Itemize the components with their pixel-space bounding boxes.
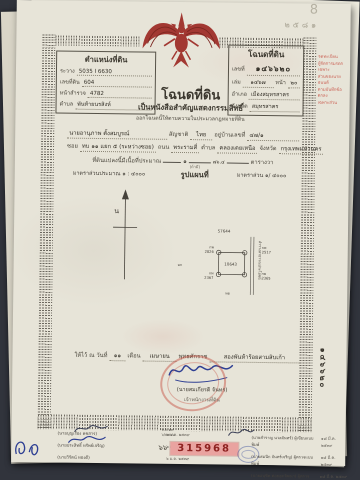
subdistrict-label: ตำบล [201,142,215,152]
district-value: เมืองสมุทรสาคร [249,91,300,101]
map-section-title: รูปแผนที่ [165,169,225,182]
nationality-label: สัญชาติ [169,129,189,139]
nationality-value: ไทย [190,129,212,140]
form-reference-note: ท.ด.๑๓ ๖/๒๕๑๖ [161,428,174,438]
marker-br-line2: 2365 [261,276,270,280]
marker-tl-line2: 2826 [205,250,215,254]
serial-number-stamp: 315968 [170,442,238,456]
road-label: ถนน [158,142,170,152]
field-value: 5035 I 6630 [77,69,152,77]
vertical-deed-number: ๑๔๖๖๒๐ [316,348,329,390]
photo-background: 8 ๒๕๘๑ ตำแหน่งที่ดิน ระวาง 5035 [0,0,360,480]
serial-prefix: ๖๖ [158,443,167,454]
marker-tr-line1: กพ [262,246,267,250]
province2-label: จังหวัด [259,143,276,153]
pencil-corner-note: ๒๕๘๑ [284,18,319,31]
form-note-line: ๖/๒๕๑๖ [161,433,174,438]
clerk-name: (นายประสิทธิ์ ทรัพย์เจริญ) [57,442,104,450]
land-position-title: ตำแหน่งที่ดิน [60,54,152,67]
signer-name: (นายสมเกียรติ จันทร) [152,386,252,395]
officer-date: ๑๘ มี.ค. ๒๕๓๙ [321,454,348,468]
marker-tl-line1: กพ [209,245,214,249]
sketch-left-note: มก [178,263,183,267]
sketch-top-number: 57644 [218,228,231,233]
land-title-deed-document: 8 ๒๕๘๑ ตำแหน่งที่ดิน ระวาง 5035 [11,0,351,466]
area-prefix: ที่ดินแปลงนี้มีเนื้อที่ประมาณ [92,155,161,166]
document-legal-note: ออกโฉนดนี้ให้ตามความในประมวลกฎหมายที่ดิน [105,114,275,124]
page-label: หน้า [275,79,286,87]
officer-date: ๑๘ มี.ค. ๒๕๓๙ [320,473,347,480]
address-line: ซอย ทบ ๑๑ แยก ๕ (ระหว่างซอย) ถนน พระรามส… [67,141,299,155]
scale-left: มาตราส่วนประมาณ ๑ : ๔๐๐๐ [73,170,146,179]
owner-line: นายอานุภาพ ตั้งสมบูรณ์ สัญชาติ ไทย อยู่บ… [67,128,299,142]
province2-value: กรุงเทพมหานคร [279,143,324,155]
soi-value: ทบ ๑๑ แยก ๕ (ระหว่างซอย) [80,141,156,153]
red-note-line: เฉพาะส่วน [318,99,350,106]
sketch-bottom-note: ทด [225,292,230,296]
month-label: เดือน [127,350,140,360]
subdistrict-value: คลองเตยเหนือ [217,142,257,153]
clerk-name: (นายวิรัตน์ ทองดี) [57,454,90,461]
marker-tr-line2: 2517 [262,250,271,254]
officer-date: ๑๘ มี.ค. ๒๕๓๙ [321,435,348,449]
parcel-sketch: 57644 ลำรางสาธารณประโยชน์ 10643 กพ 2826 … [163,224,296,304]
clerk-name: (นายบุญเรือง คชสาร) [58,430,98,437]
owner-name: นายอานุภาพ ตั้งสมบูรณ์ [67,128,167,140]
soi-label: ซอย [67,141,78,151]
north-label: น [114,207,119,215]
red-note-line: ตามบันทึกข้อตกลง [318,86,350,99]
blank-dash [227,158,249,164]
red-note-line: ผู้จัดการมรดก เฉพาะ [318,60,350,73]
document-subtitle: เป็นหนังสือสำคัญแสดงกรรมสิทธิ์ [105,101,275,115]
signer-title: เจ้าพนักงานที่ดิน [152,396,252,405]
clerk-date: ๖ ม.ค. ๒๕๓๙ [166,456,189,462]
footer-right-rows: (นายสำราญ นวลจันทร์) ผู้เขียนแบบพิมพ์ ๑๘… [251,434,348,480]
field-label: ระวาง [60,68,75,76]
red-margin-annotation: จดทะเบียน ผู้จัดการมรดก เฉพาะ ส่วนของนาย… [318,54,351,106]
margin-blue-initials [11,436,45,460]
address-label: อยู่บ้านเลขที่ [214,129,245,139]
page-value: ๒๐ [288,79,300,88]
parcel-number: 10643 [224,262,237,267]
top-border-ornament-left [55,35,139,46]
scale-right: มาตราส่วน ๑/ ๔๐๐๐ [237,172,287,181]
field-label: หน้าสำรวจ [60,90,86,98]
field-label: ตำบล [60,101,74,109]
deed-number-label: เลขที่ [232,66,245,74]
officer-name-role: (นายสำราญ นวลจันทร์) ผู้เขียนแบบพิมพ์ [251,434,319,449]
deed-box-title: โฉนดที่ดิน [232,48,300,62]
deed-number-value: ๑๔๖๖๒๐ [247,63,301,77]
road-value: พระรามสี่ [171,142,199,153]
area-unit: ตารางวา [251,157,274,167]
marker-bl-line2: 2367 [204,276,213,280]
north-arrow: น [108,187,141,287]
marker-bl-line1: กพ [209,271,214,275]
marker-br-line1: กพ [261,272,266,276]
red-note-line: ส่วนของนาย อนนต์ [318,73,350,86]
left-border-ornament [38,34,56,429]
book-value: ๑๔๖๗ [243,79,274,88]
address-value: ๔๗/๑ [247,130,299,142]
officer-name-role: (นายสมนึก จันทร์เจริญ) ผู้ตรวจแบบพิมพ์ [251,453,319,468]
officer-name-role: (นายอนุชิต ต่อยอดวัฒนา) ผู้ตรวจ [251,472,309,480]
pencil-page-number: 8 [310,3,318,18]
field-label: เลขที่ดิน [60,79,80,87]
issue-day: ๑๑ [109,350,125,361]
serial-stamp-group: ๖๖ 315968 [158,442,238,456]
issue-prefix: ให้ไว้ ณ วันที่ [74,350,107,360]
